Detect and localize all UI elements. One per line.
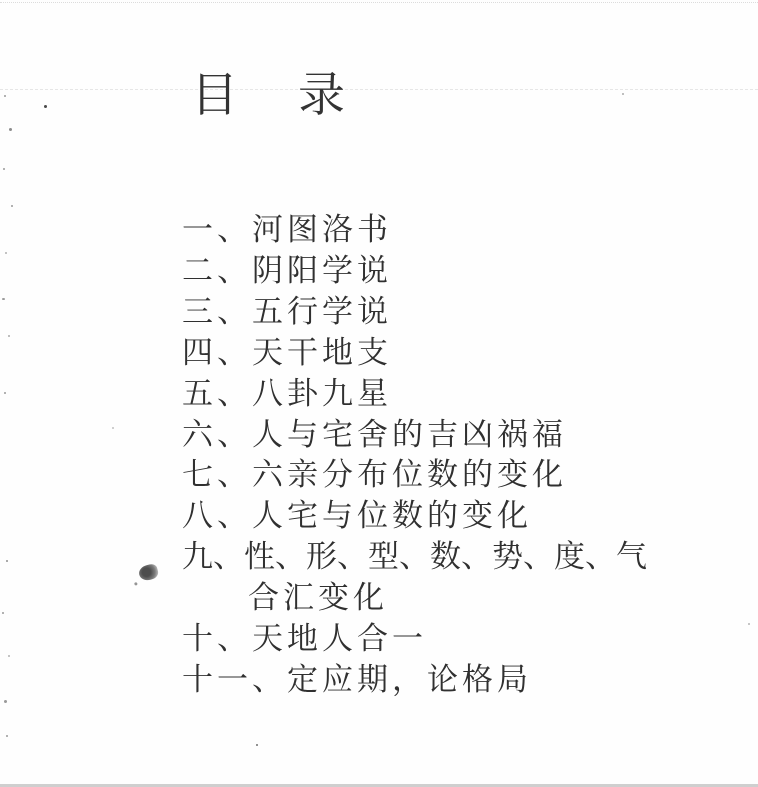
toc-item: 六、人与宅舍的吉凶祸福	[182, 415, 722, 456]
scan-speck	[4, 700, 7, 703]
scan-speck	[9, 128, 12, 131]
toc-item: 三、五行学说	[182, 292, 722, 333]
toc-item: 十、天地人合一	[182, 619, 722, 660]
toc-item: 十一、定应期，论格局	[182, 660, 722, 701]
toc-item-continuation: 合汇变化	[182, 578, 722, 619]
page-title: 目录	[191, 70, 345, 122]
scan-artifact-title-line	[0, 89, 758, 90]
scan-speck	[2, 298, 5, 300]
scan-artifact-top-line	[0, 2, 758, 3]
scan-speck	[6, 735, 8, 737]
toc-item: 九、性、形、型、数、势、度、气	[182, 537, 722, 578]
scan-speck	[44, 105, 47, 108]
scan-speck	[256, 744, 258, 746]
scan-speck	[11, 205, 13, 207]
scan-speck	[112, 427, 114, 429]
toc-item: 二、阴阳学说	[182, 251, 722, 292]
scan-speck	[622, 93, 624, 95]
scan-speck	[4, 392, 6, 394]
scan-speck	[5, 252, 7, 254]
toc-item: 四、天干地支	[182, 333, 722, 374]
scan-speck	[3, 168, 5, 170]
toc-item: 五、八卦九星	[182, 374, 722, 415]
scan-speck	[2, 612, 4, 614]
scan-speck	[8, 335, 10, 337]
toc-item: 八、人宅与位数的变化	[182, 496, 722, 537]
toc-item: 七、六亲分布位数的变化	[182, 455, 722, 496]
toc-list: 一、河图洛书 二、阴阳学说 三、五行学说 四、天干地支 五、八卦九星 六、人与宅…	[182, 210, 722, 701]
scan-speck	[748, 623, 750, 625]
scan-speck	[8, 655, 10, 657]
scanned-toc-page: 目录 一、河图洛书 二、阴阳学说 三、五行学说 四、天干地支 五、八卦九星 六、…	[0, 0, 758, 787]
scan-speck	[4, 95, 6, 97]
toc-item: 一、河图洛书	[182, 210, 722, 251]
page-title-char-lu: 录	[298, 70, 345, 122]
page-title-char-mu: 目	[191, 70, 238, 122]
ink-smudge	[137, 563, 159, 582]
scan-speck	[6, 560, 8, 562]
